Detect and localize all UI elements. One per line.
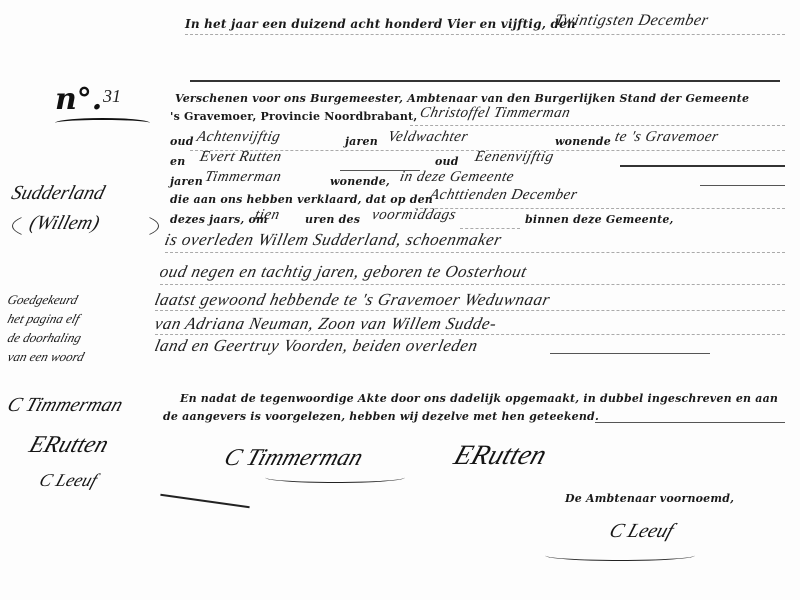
signature-center: C Timmerman xyxy=(221,445,366,472)
record-number-flourish xyxy=(55,118,150,128)
official-label: De Ambtenaar voornoemd, xyxy=(565,492,734,505)
record-number: 31 xyxy=(103,86,121,107)
margin-approval-note: Goedgekeurd het pagina elf de doorhaling… xyxy=(8,290,84,366)
margin-note-line: het pagina elf xyxy=(5,309,86,328)
declared-printed-text: die aan ons hebben verklaard, dat op den xyxy=(170,193,433,206)
signature-stroke xyxy=(160,494,249,509)
fill-rule xyxy=(550,353,710,354)
declarant2-occupation: Timmerman xyxy=(203,169,283,186)
death-hour: tien xyxy=(253,207,281,224)
body-line-5: land en Geertruy Voorden, beiden overled… xyxy=(153,336,480,356)
en-label: en xyxy=(170,155,185,168)
line-rule xyxy=(415,208,785,209)
line-rule xyxy=(460,228,520,229)
body-line-3: laatst gewoond hebbende te 's Gravemoer … xyxy=(153,290,552,310)
appeared-printed-text: Verschenen voor ons Burgemeester, Ambten… xyxy=(175,92,749,105)
municipality-printed-text: 's Gravemoer, Provincie Noordbrabant, xyxy=(170,110,417,123)
body-line-2: oud negen en tachtig jaren, geboren te O… xyxy=(158,262,529,282)
oud-label: oud xyxy=(170,135,194,148)
body-line-1: is overleden Willem Sudderland, schoenma… xyxy=(163,230,504,250)
closing-line-1: En nadat de tegenwoordige Akte door ons … xyxy=(180,392,778,405)
fill-rule xyxy=(595,422,785,423)
declarant1-age: Achtenvijftig xyxy=(195,129,282,146)
closing-line-2: de aangevers is voorgelezen, hebben wij … xyxy=(163,410,599,423)
line-rule xyxy=(165,252,785,253)
binnen-gemeente-label: binnen deze Gemeente, xyxy=(525,213,674,226)
signature-right: ERutten xyxy=(450,440,551,472)
margin-note-line: de doorhaling xyxy=(5,328,86,347)
declarant2-name: Evert Rutten xyxy=(198,149,283,166)
death-date: Achttienden December xyxy=(428,187,579,204)
jaren-label: jaren xyxy=(345,135,378,148)
line-rule xyxy=(155,334,785,335)
signature-flourish xyxy=(265,472,405,483)
declarant1-name: Christoffel Timmerman xyxy=(418,105,572,122)
top-rule xyxy=(190,80,780,82)
declarant2-age: Eenenvijftig xyxy=(473,149,555,166)
official-signature: C Leeuf xyxy=(606,520,676,543)
uren-des-label: uren des xyxy=(305,213,360,226)
fill-rule xyxy=(700,185,785,186)
scanned-document-page: In het jaar een duizend acht honderd Vie… xyxy=(0,0,800,600)
fill-rule xyxy=(620,165,785,167)
margin-surname: Sudderland xyxy=(9,182,107,205)
signature-left-top: ERutten xyxy=(26,432,112,459)
declarant2-residence: in deze Gemeente xyxy=(398,169,515,186)
line-rule xyxy=(160,284,785,285)
declarant1-occupation: Veldwachter xyxy=(386,129,469,146)
margin-signature: C Timmerman xyxy=(4,394,125,417)
intro-printed-text: In het jaar een duizend acht honderd Vie… xyxy=(185,17,576,31)
intro-handwritten-date: Twintigsten December xyxy=(553,12,710,30)
margin-note-line: Goedgekeurd xyxy=(5,290,86,309)
signature-left-bottom: C Leeuf xyxy=(37,470,100,491)
line-rule xyxy=(185,34,785,35)
wonende-label-2: wonende, xyxy=(330,175,390,188)
line-rule xyxy=(155,310,785,311)
wonende-label: wonende xyxy=(555,135,611,148)
body-line-4: van Adriana Neuman, Zoon van Willem Sudd… xyxy=(153,314,499,334)
declarant1-residence: te 's Gravemoer xyxy=(613,129,720,146)
line-rule xyxy=(410,125,785,126)
margin-note-line: van een woord xyxy=(5,347,86,366)
record-number-label: n°. xyxy=(55,82,102,117)
margin-given-name: (Willem) xyxy=(27,212,102,235)
death-daypart: voormiddags xyxy=(370,207,457,224)
jaren-label-2: jaren xyxy=(170,175,203,188)
official-signature-flourish xyxy=(545,550,695,561)
oud-label-2: oud xyxy=(435,155,459,168)
